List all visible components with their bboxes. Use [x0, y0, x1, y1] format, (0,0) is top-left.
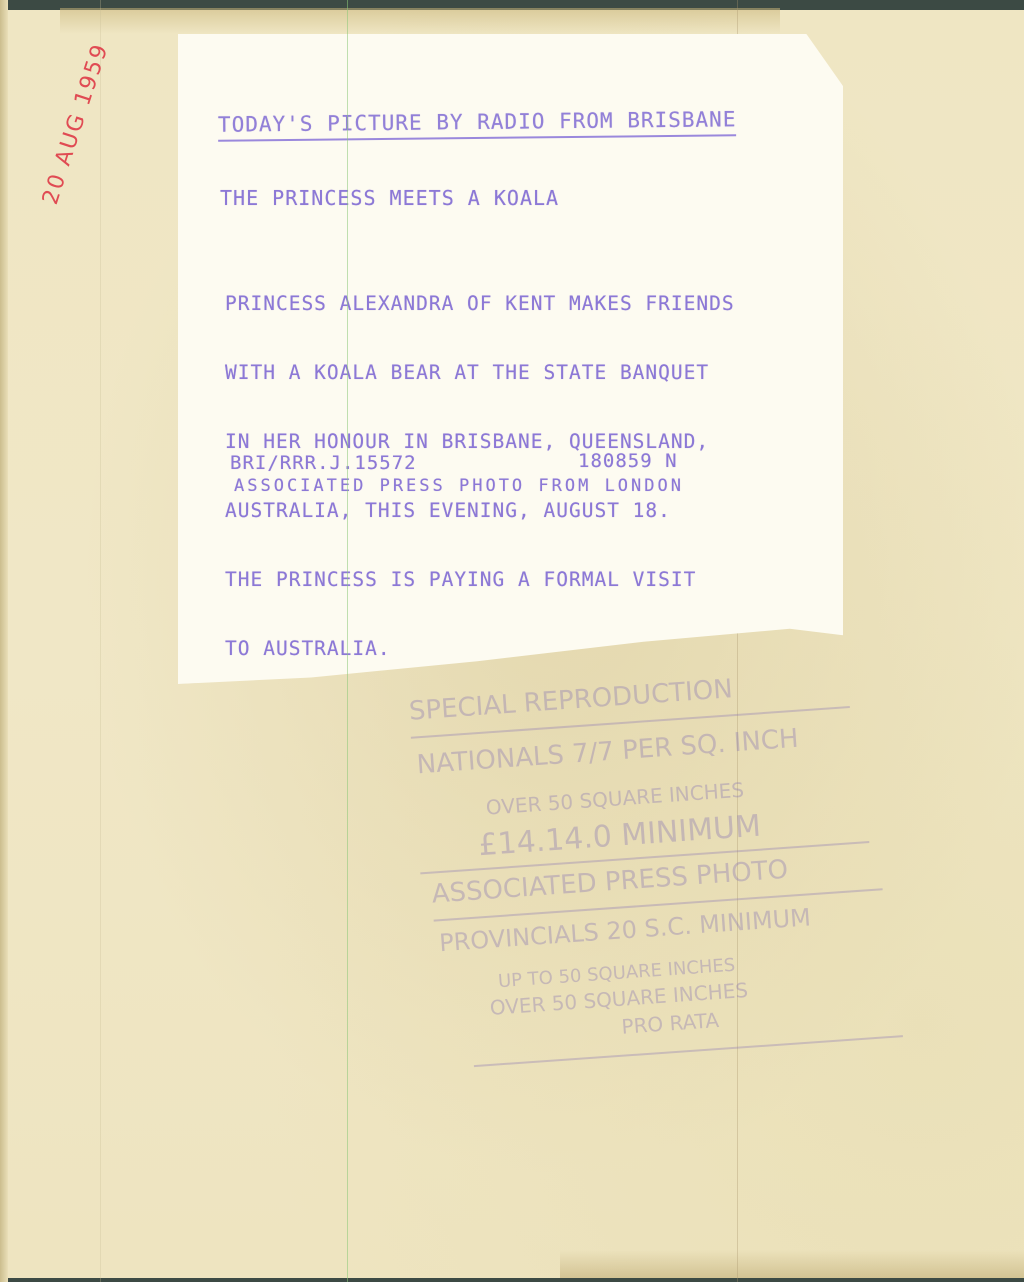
- bottom-stain: [560, 1250, 1024, 1278]
- scan-line: [347, 0, 348, 1282]
- top-stain: [60, 8, 780, 34]
- caption-body-line: PRINCESS ALEXANDRA OF KENT MAKES FRIENDS: [225, 292, 735, 315]
- caption-code: 180859 N: [578, 450, 678, 472]
- caption-headline: TODAY'S PICTURE BY RADIO FROM BRISBANE: [218, 107, 737, 141]
- caption-body-line: WITH A KOALA BEAR AT THE STATE BANQUET: [225, 361, 735, 384]
- caption-body-line: THE PRINCESS IS PAYING A FORMAL VISIT: [225, 568, 735, 591]
- rate-stamp-line: PRO RATA: [621, 1008, 720, 1039]
- caption-reference: BRI/RRR.J.15572: [230, 452, 417, 474]
- rate-stamp: SPECIAL REPRODUCTION NATIONALS 7/7 PER S…: [407, 644, 904, 1076]
- caption-label: TODAY'S PICTURE BY RADIO FROM BRISBANE T…: [178, 34, 843, 684]
- rate-stamp-line: ASSOCIATED PRESS PHOTO: [431, 855, 789, 910]
- caption-title: THE PRINCESS MEETS A KOALA: [220, 186, 559, 210]
- caption-body-line: AUSTRALIA, THIS EVENING, AUGUST 18.: [225, 499, 735, 522]
- rate-stamp-line: PROVINCIALS 20 S.C. MINIMUM: [438, 903, 811, 957]
- caption-credit: ASSOCIATED PRESS PHOTO FROM LONDON: [234, 476, 684, 496]
- scan-line: [100, 0, 101, 1282]
- left-edge: [0, 0, 8, 1282]
- bottom-edge: [0, 1278, 1024, 1282]
